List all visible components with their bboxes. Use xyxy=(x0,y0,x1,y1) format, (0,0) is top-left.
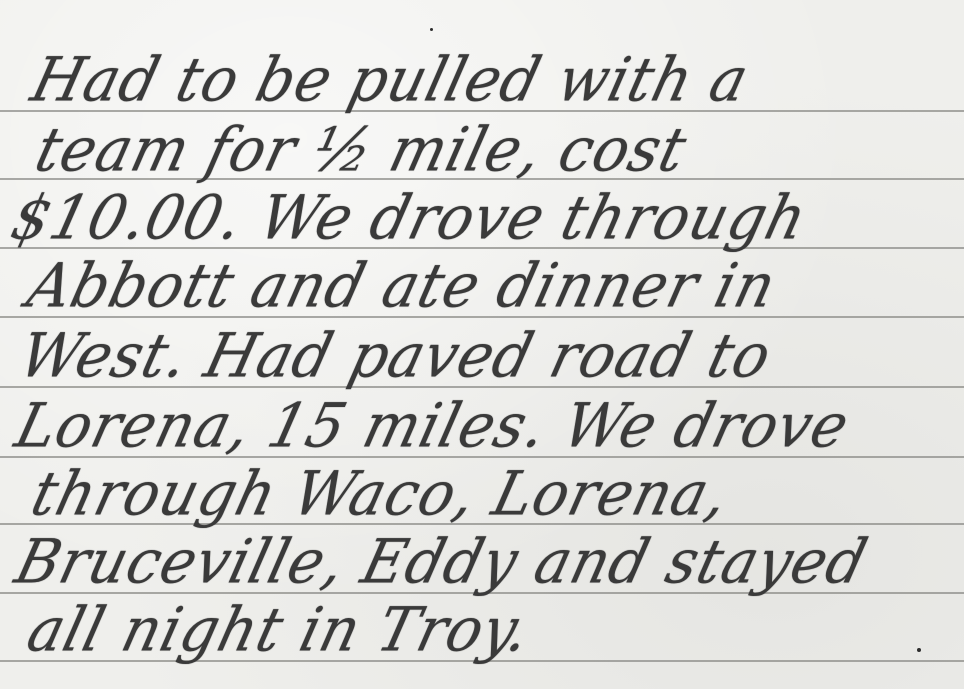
handwritten-line-1: Had to be pulled with a xyxy=(26,49,755,110)
handwritten-line-7: through Waco, Lorena, xyxy=(26,463,735,524)
handwritten-line-4: Abbott and ate dinner in xyxy=(22,255,782,316)
handwritten-line-3: $10.00. We drove through xyxy=(6,187,813,248)
handwritten-line-2: team for ½ mile, cost xyxy=(30,119,693,180)
handwritten-line-5: West. Had paved road to xyxy=(14,325,777,386)
ink-speck xyxy=(917,648,921,652)
handwritten-line-9: all night in Troy. xyxy=(22,599,537,660)
journal-page: Had to be pulled with a team for ½ mile,… xyxy=(0,0,964,689)
ink-speck xyxy=(430,28,433,31)
handwritten-line-6: Lorena, 15 miles. We drove xyxy=(10,395,855,456)
handwritten-line-8: Bruceville, Eddy and stayed xyxy=(10,531,873,592)
